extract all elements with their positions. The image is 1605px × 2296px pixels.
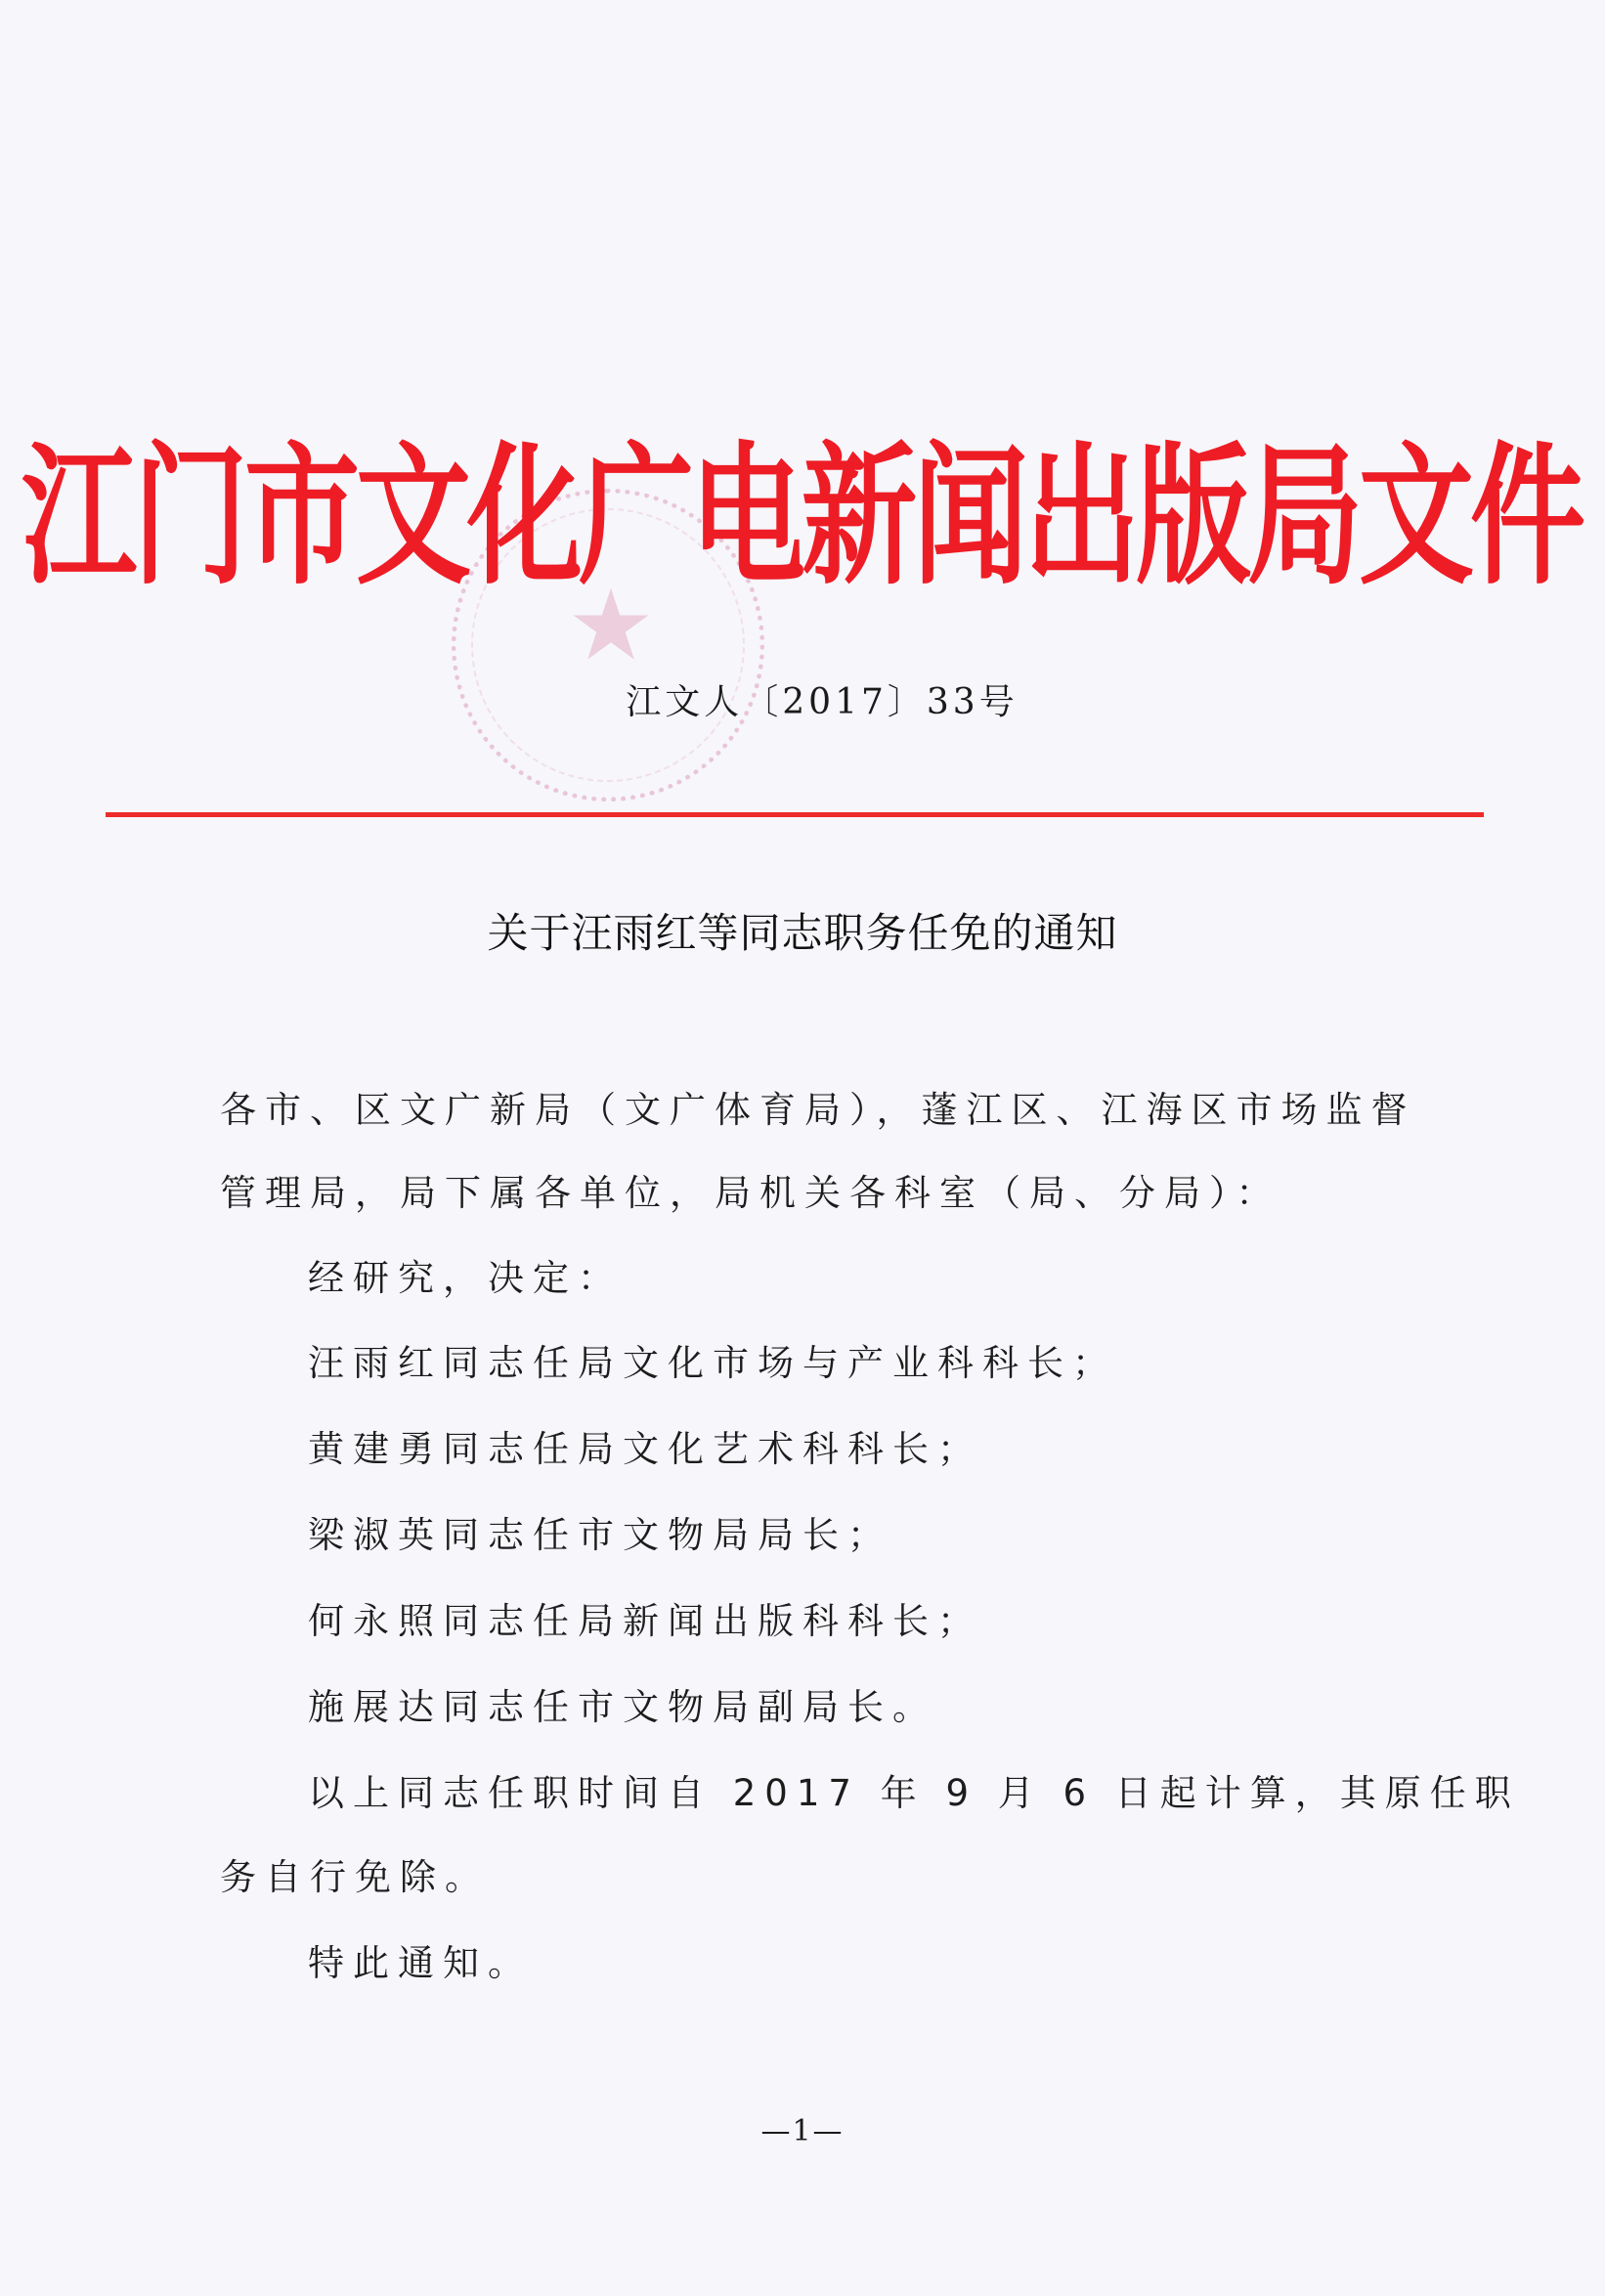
closing-statement: 特此通知。 [308, 1933, 533, 1986]
document-number: 江文人〔2017〕33号 [0, 674, 1605, 724]
appointment-item: 何永照同志任局新闻出版科科长； [308, 1591, 982, 1644]
appointment-item: 黄建勇同志任局文化艺术科科长； [308, 1419, 982, 1472]
effective-date-line-2: 务自行免除。 [220, 1847, 490, 1900]
document-title: 关于汪雨红等同志职务任免的通知 [0, 901, 1605, 960]
addressee-line-2: 管理局，局下属各单位，局机关各科室（局、分局）： [220, 1163, 1281, 1216]
decision-intro: 经研究，决定： [308, 1248, 623, 1301]
addressee-line-1: 各市、区文广新局（文广体育局），蓬江区、江海区市场监督 [220, 1080, 1416, 1133]
appointment-item: 汪雨红同志任局文化市场与产业科科长； [308, 1333, 1117, 1386]
masthead-title: 江门市文化广电新闻出版局文件 [22, 394, 1582, 613]
page-number: —1— [0, 2114, 1605, 2148]
appointment-item: 施展达同志任市文物局副局长。 [308, 1677, 937, 1730]
appointment-item: 梁淑英同志任市文物局局长； [308, 1505, 892, 1558]
red-separator-rule [106, 812, 1484, 817]
effective-date-line-1: 以上同志任职时间自 2017 年 9 月 6 日起计算，其原任职 [308, 1763, 1520, 1816]
masthead: 江门市文化广电新闻出版局文件 [147, 420, 1456, 586]
